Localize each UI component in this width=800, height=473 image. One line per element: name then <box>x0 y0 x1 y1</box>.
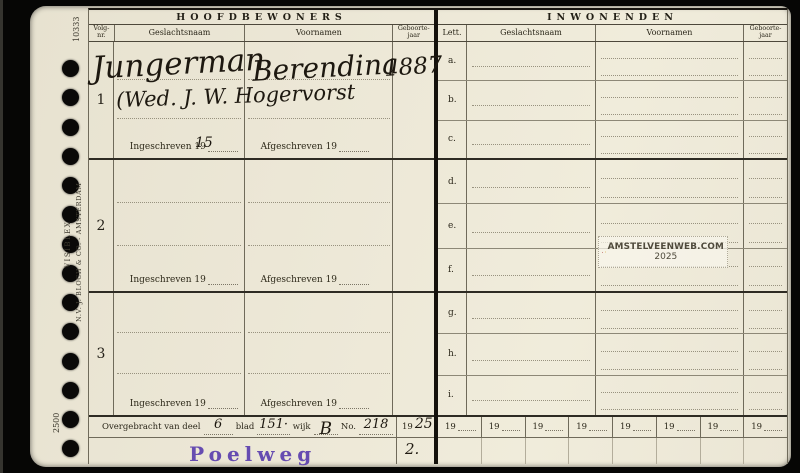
lion-icon <box>605 242 606 262</box>
photographed-register-card-page: { "edge": { "top_code": "10333", "brand"… <box>0 0 800 473</box>
year-value-handwritten: 25 <box>415 416 433 432</box>
bottom-strip <box>438 438 787 464</box>
street-name-stamp: Poelweg <box>189 442 316 466</box>
lodger-row-i: i. <box>438 376 787 417</box>
no-label: No. <box>341 422 356 432</box>
voornamen-cell: Afgeschreven 19 <box>245 160 394 291</box>
printer-vertical: N.V. J. BLOCH & CO. - AMSTERDAM <box>75 164 83 340</box>
ingeschreven-year-handwritten: 15 <box>195 135 213 151</box>
col-header-geslachtsnaam: Geslachtsnaam <box>466 25 595 41</box>
deel-value-handwritten: 6 <box>214 417 222 432</box>
watermark-site: AMSTELVEENWEB.COM <box>608 242 724 252</box>
birthyear-handwritten: 1887 <box>383 52 443 82</box>
brand-vertical: VISIBLEX <box>64 222 72 268</box>
resident-group-3: 3 Ingeschreven 19 Afgeschreven 19 <box>89 293 434 417</box>
col-header-geslachtsnaam: Geslachtsnaam <box>114 25 244 41</box>
watermark: AMSTELVEENWEB.COM 2025 <box>598 236 728 268</box>
geslachtsnaam-cell: Ingeschreven 19 <box>114 293 245 415</box>
inwonenden-column-headers: Lett. Geslachtsnaam Voornamen Geboorte- … <box>438 25 787 42</box>
punch-hole <box>62 411 79 428</box>
lodger-row-d: d. <box>438 160 787 204</box>
lodger-row-g: g. <box>438 293 787 334</box>
lodger-row-c: c. <box>438 121 787 160</box>
afgeschreven-label: Afgeschreven 19 <box>261 399 337 409</box>
transfer-year-cell: 19 25 <box>396 417 434 437</box>
house-number-handwritten: 2. <box>405 440 419 458</box>
year-row: 19 19 19 19 19 19 19 19 <box>438 417 787 438</box>
group-number: 2 <box>89 160 114 291</box>
ingeschreven-label: Ingeschreven 19 <box>130 399 206 409</box>
wijk-value-handwritten: B <box>319 419 332 439</box>
resident-group-2: 2 Ingeschreven 19 Afgeschreven 19 <box>89 160 434 293</box>
afgeschreven-label: Afgeschreven 19 <box>261 275 337 285</box>
punch-hole <box>62 119 79 136</box>
punch-hole <box>62 60 79 77</box>
inwonenden-title: INWONENDEN <box>438 10 787 25</box>
ingeschreven-label: Ingeschreven 19 <box>130 275 206 285</box>
geboortejaar-cell <box>392 293 434 415</box>
transfer-row: Overgebracht van deel 6 blad 151· wijk B… <box>89 417 434 438</box>
lodger-row-a: a. <box>438 42 787 81</box>
group-number: 3 <box>89 293 114 415</box>
punch-hole <box>62 148 79 165</box>
lodger-row-h: h. <box>438 334 787 375</box>
punch-hole <box>62 89 79 106</box>
col-header-voornamen: Voornamen <box>595 25 743 41</box>
voornamen-cell: Afgeschreven 19 <box>245 293 394 415</box>
col-header-lett: Lett. <box>438 25 466 41</box>
geslachtsnaam-cell: Ingeschreven 19 <box>114 160 245 291</box>
hoofdbewoners-column-headers: Volg- nr. Geslachtsnaam Voornamen Geboor… <box>89 25 434 42</box>
col-header-voornamen: Voornamen <box>244 25 392 41</box>
blad-label: blad <box>236 422 255 432</box>
blad-value-handwritten: 151· <box>259 417 288 432</box>
col-header-geboortejaar: Geboorte- jaar <box>392 25 434 41</box>
col-header-geboortejaar: Geboorte- jaar <box>743 25 787 41</box>
punch-hole <box>62 382 79 399</box>
form-number-vertical: 10333 <box>72 8 81 50</box>
adjacent-card-edge <box>0 0 3 473</box>
lodger-row-b: b. <box>438 81 787 120</box>
punch-hole <box>62 440 79 457</box>
hoofdbewoners-title: HOOFDBEWONERS <box>89 10 434 25</box>
amstelveen-shield-icon <box>602 244 603 261</box>
print-run-vertical: 2500 <box>52 406 61 440</box>
transfer-label: Overgebracht van deel <box>102 422 201 432</box>
no-value-handwritten: 218 <box>364 417 389 432</box>
wijk-label: wijk <box>293 422 311 432</box>
geboortejaar-cell <box>392 160 434 291</box>
stamp-row: Poelweg 2. <box>89 438 434 464</box>
afgeschreven-label: Afgeschreven 19 <box>261 142 337 152</box>
col-header-volgnr: Volg- nr. <box>89 25 114 41</box>
watermark-year: 2025 <box>608 252 724 262</box>
punch-hole <box>62 353 79 370</box>
